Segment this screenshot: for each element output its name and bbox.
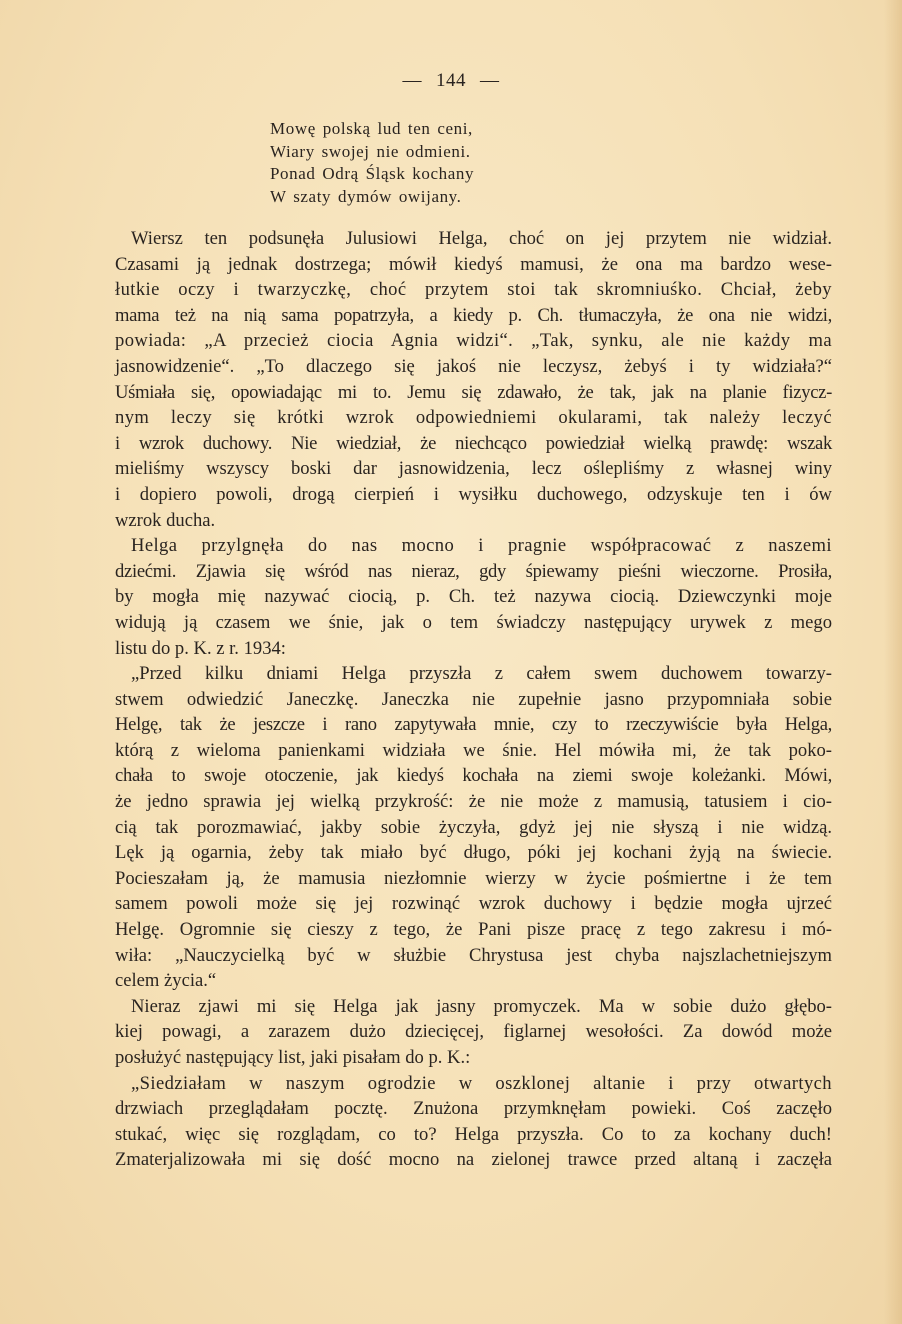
text-line: Helgę, tak że jeszcze i rano zapytywała … — [115, 712, 832, 738]
text-line: Zmaterjalizowała mi się dość mocno na zi… — [115, 1147, 832, 1173]
text-line: posłużyć następujący list, jaki pisałam … — [115, 1045, 832, 1071]
text-line: jasnowidzenie“. „To dlaczego się jakoś n… — [115, 354, 832, 380]
text-line: Uśmiała się, opowiadając mi to. Jemu się… — [115, 380, 832, 406]
text-line: powiada: „A przecież ciocia Agnia widzi“… — [115, 328, 832, 354]
text-line: że jedno sprawia jej wielką przykrość: ż… — [115, 789, 832, 815]
poem-line: Ponad Odrą Śląsk kochany — [270, 163, 474, 186]
text-line: którą z wieloma panienkami widziała we ś… — [115, 738, 832, 764]
text-line: listu do p. K. z r. 1934: — [115, 636, 832, 662]
text-line: Pocieszałam ją, że mamusia niezłomnie wi… — [115, 866, 832, 892]
text-line: stwem odwiedzić Janeczkę. Janeczka nie z… — [115, 687, 832, 713]
text-line: by mogła mię nazywać ciocią, p. Ch. też … — [115, 584, 832, 610]
text-line: wzrok ducha. — [115, 508, 832, 534]
text-line: drzwiach przeglądałam pocztę. Znużona pr… — [115, 1096, 832, 1122]
text-line: mieliśmy wszyscy boski dar jasnowidzenia… — [115, 456, 832, 482]
text-line: wiła: „Nauczycielką być w służbie Chryst… — [115, 943, 832, 969]
body-text: Wiersz ten podsunęła Julusiowi Helga, ch… — [115, 226, 832, 1173]
text-line: chała to swoje otoczenie, jak kiedyś koc… — [115, 763, 832, 789]
poem-line: W szaty dymów owijany. — [270, 186, 474, 209]
text-line: nym leczy się krótki wzrok odpowiedniemi… — [115, 405, 832, 431]
text-line: celem życia.“ — [115, 968, 832, 994]
text-line: Helgę. Ogromnie się cieszy z tego, że Pa… — [115, 917, 832, 943]
text-line: i dopiero powoli, drogą cierpień i wysił… — [115, 482, 832, 508]
text-line: Wiersz ten podsunęła Julusiowi Helga, ch… — [115, 226, 832, 252]
text-line: dziećmi. Zjawia się wśród nas nieraz, gd… — [115, 559, 832, 585]
text-line: Czasami ją jednak dostrzega; mówił kiedy… — [115, 252, 832, 278]
text-line: widują ją czasem we śnie, jak o tem świa… — [115, 610, 832, 636]
text-line: łutkie oczy i twarzyczkę, choć przytem s… — [115, 277, 832, 303]
text-line: „Przed kilku dniami Helga przyszła z cał… — [115, 661, 832, 687]
text-line: kiej powagi, a zarazem dużo dziecięcej, … — [115, 1019, 832, 1045]
text-line: Nieraz zjawi mi się Helga jak jasny prom… — [115, 994, 832, 1020]
page-number: —144— — [0, 70, 902, 92]
text-line: mama też na nią sama popatrzyła, a kiedy… — [115, 303, 832, 329]
page-number-prefix: — — [403, 70, 423, 92]
text-line: samem powoli może się jej rozwinąć wzrok… — [115, 891, 832, 917]
poem-stanza: Mowę polską lud ten ceni, Wiary swojej n… — [270, 118, 474, 208]
page-number-suffix: — — [480, 70, 500, 92]
text-line: Helga przylgnęła do nas mocno i pragnie … — [115, 533, 832, 559]
poem-line: Mowę polską lud ten ceni, — [270, 118, 474, 141]
text-line: Lęk ją ogarnia, żeby tak miało być długo… — [115, 840, 832, 866]
text-line: „Siedziałam w naszym ogrodzie w oszklone… — [115, 1071, 832, 1097]
text-line: stukać, więc się rozglądam, co to? Helga… — [115, 1122, 832, 1148]
page-number-value: 144 — [436, 70, 466, 91]
poem-line: Wiary swojej nie odmieni. — [270, 141, 474, 164]
text-line: cią tak porozmawiać, jakby sobie życzyła… — [115, 815, 832, 841]
page-edge-shadow — [884, 0, 902, 1324]
text-line: i wzrok duchowy. Nie wiedział, że niechc… — [115, 431, 832, 457]
